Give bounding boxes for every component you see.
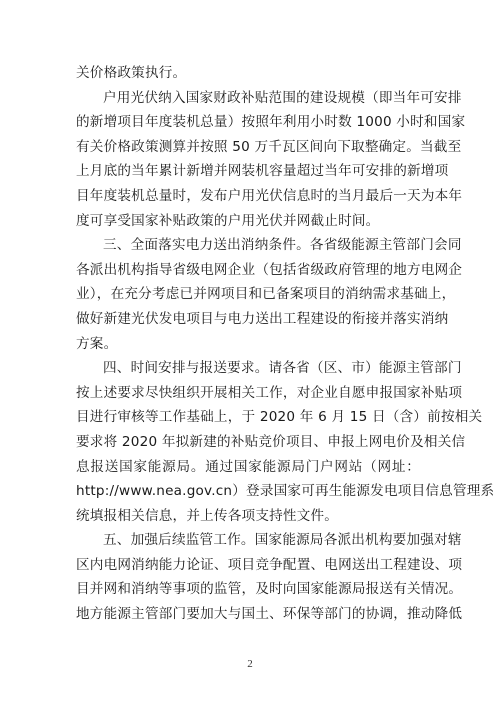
text-line: 做好新建光伏发电项目与电力送出工程建设的衔接并落实消纳 [76, 307, 420, 332]
text-line: 的新增项目年度装机总量）按照年利用小时数 1000 小时和国家 [76, 110, 420, 135]
text-line: 度可享受国家补贴政策的户用光伏并网截止时间。 [76, 209, 420, 234]
text-line: 户用光伏纳入国家财政补贴范围的建设规模（即当年可安排 [76, 86, 420, 111]
text-line: 上月底的当年累计新增并网装机容量超过当年可安排的新增项 [76, 159, 420, 184]
text-line: 目进行审核等工作基础上，于 2020 年 6 月 15 日（含）前按相关 [76, 405, 420, 430]
text-line: 方案。 [76, 332, 420, 357]
text-line: 目年度装机总量时，发布户用光伏信息时的当月最后一天为本年 [76, 184, 420, 209]
text-line: 各派出机构指导省级电网企业（包括省级政府管理的地方电网企 [76, 258, 420, 283]
text-line: 四、时间安排与报送要求。请各省（区、市）能源主管部门 [76, 356, 420, 381]
text-line: 要求将 2020 年拟新建的补贴竞价项目、申报上网电价及相关信 [76, 430, 420, 455]
text-line: 统填报相关信息，并上传各项支持性文件。 [76, 504, 420, 529]
text-line: 地方能源主管部门要加大与国土、环保等部门的协调，推动降低 [76, 602, 420, 627]
text-line: 息报送国家能源局。通过国家能源局门户网站（网址： [76, 455, 420, 480]
page-number: 2 [0, 658, 500, 670]
text-line: 有关价格政策测算并按照 50 万千瓦区间向下取整确定。当截至 [76, 135, 420, 160]
document-page: 关价格政策执行。户用光伏纳入国家财政补贴范围的建设规模（即当年可安排的新增项目年… [0, 0, 500, 707]
text-line: 目并网和消纳等事项的监管，及时向国家能源局报送有关情况。 [76, 577, 420, 602]
text-line: http://www.nea.gov.cn）登录国家可再生能源发电项目信息管理系 [76, 479, 420, 504]
text-line: 按上述要求尽快组织开展相关工作，对企业自愿申报国家补贴项 [76, 381, 420, 406]
text-line: 业），在充分考虑已并网项目和已备案项目的消纳需求基础上， [76, 282, 420, 307]
text-line: 区内电网消纳能力论证、项目竞争配置、电网送出工程建设、项 [76, 553, 420, 578]
text-line: 关价格政策执行。 [76, 61, 420, 86]
document-body: 关价格政策执行。户用光伏纳入国家财政补贴范围的建设规模（即当年可安排的新增项目年… [76, 61, 420, 627]
text-line: 三、全面落实电力送出消纳条件。各省级能源主管部门会同 [76, 233, 420, 258]
text-line: 五、加强后续监管工作。国家能源局各派出机构要加强对辖 [76, 528, 420, 553]
